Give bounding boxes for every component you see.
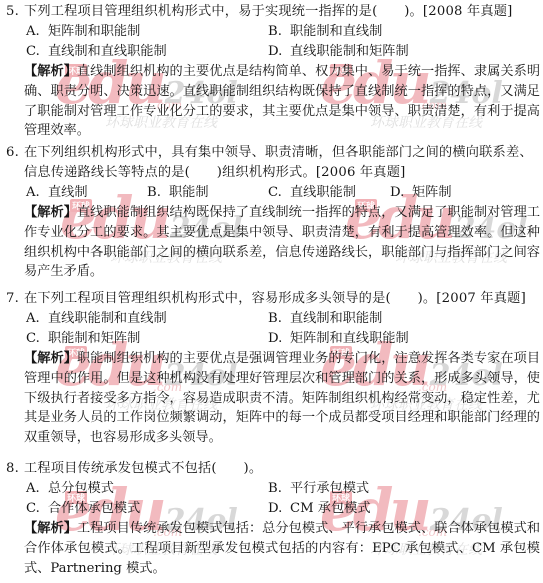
option-label: B.	[268, 22, 290, 42]
option-d: D.矩阵制和直线职能制	[268, 329, 409, 349]
question-number: 6.	[6, 143, 19, 163]
option-text: 直线制和直线职能制	[48, 44, 167, 59]
analysis-block: 【解析】工程项目传统承发包模式包括：总分包模式、平行承包模式、联合体承包模式和合…	[24, 519, 540, 578]
question-stem: 在下列工程项目管理组织机构形式中，容易形成多头领导的是( )。[2007 年真题…	[24, 289, 526, 309]
option-c: C.职能制和矩阵制	[26, 329, 140, 349]
option-text: 直线制和职能制	[290, 311, 382, 326]
option-b: B.职能制和直线制	[268, 22, 382, 42]
option-text: 职能制和直线制	[290, 24, 382, 39]
option-d: D.直线职能制和矩阵制	[268, 42, 409, 62]
option-text: 矩阵制和直线职能制	[290, 331, 409, 346]
analysis-text: 职能制组织机构的主要优点是强调管理业务的专门化，注意发挥各类专家在项目管理中的作…	[24, 351, 540, 445]
option-label: B.	[268, 479, 290, 499]
option-label: A.	[26, 22, 48, 42]
option-a: A.总分包模式	[26, 479, 114, 499]
analysis-tag: 【解析】	[24, 521, 77, 536]
option-text: CM 承包模式	[290, 501, 371, 516]
analysis-block: 【解析】直线职能制组织结构既保持了直线制统一指挥的特点，又满足了职能制对管理工作…	[24, 203, 540, 282]
option-text: 合作体承包模式	[48, 501, 140, 516]
option-d: D.矩阵制	[390, 183, 452, 203]
option-label: C.	[26, 329, 48, 349]
option-text: 矩阵制	[412, 185, 452, 200]
option-b: B.职能制	[147, 183, 209, 203]
option-label: A.	[26, 309, 48, 329]
analysis-text: 直线职能制组织结构既保持了直线制统一指挥的特点，又满足了职能制对管理工作专业化分…	[24, 205, 540, 279]
option-d: D.CM 承包模式	[268, 499, 371, 519]
option-c: C.合作体承包模式	[26, 499, 140, 519]
question-number: 8.	[6, 459, 19, 479]
option-label: B.	[147, 183, 169, 203]
option-c: C.直线职能制	[268, 183, 356, 203]
option-b: B.平行承包模式	[268, 479, 369, 499]
option-text: 平行承包模式	[290, 481, 369, 496]
option-label: D.	[390, 183, 412, 203]
option-text: 职能制	[169, 185, 209, 200]
analysis-tag: 【解析】	[24, 64, 77, 79]
analysis-tag: 【解析】	[24, 205, 77, 220]
option-b: B.直线制和职能制	[268, 309, 382, 329]
option-text: 直线职能制	[290, 185, 356, 200]
question-stem: 工程项目传统承发包模式不包括( )。	[24, 459, 262, 479]
option-label: D.	[268, 329, 290, 349]
option-text: 直线职能制和直线制	[48, 311, 167, 326]
option-label: D.	[268, 42, 290, 62]
question-number: 5.	[6, 2, 19, 22]
option-a: A.矩阵制和职能制	[26, 22, 140, 42]
option-label: D.	[268, 499, 290, 519]
option-c: C.直线制和直线职能制	[26, 42, 167, 62]
option-label: B.	[268, 309, 290, 329]
option-a: A.直线职能制和直线制	[26, 309, 167, 329]
option-text: 总分包模式	[48, 481, 114, 496]
analysis-text: 直线制组织机构的主要优点是结构简单、权力集中、易于统一指挥、隶属关系明确、职责分…	[24, 64, 540, 138]
analysis-block: 【解析】职能制组织机构的主要优点是强调管理业务的专门化，注意发挥各类专家在项目管…	[24, 349, 540, 448]
question-stem-line-2: 信息传递路线长等特点的是( )组织机构形式。[2006 年真题]	[24, 163, 405, 183]
option-label: A.	[26, 479, 48, 499]
option-text: 直线职能制和矩阵制	[290, 44, 409, 59]
question-stem: 下列工程项目管理组织机构形式中，易于实现统一指挥的是( )。[2008 年真题]	[24, 2, 513, 22]
analysis-block: 【解析】直线制组织机构的主要优点是结构简单、权力集中、易于统一指挥、隶属关系明确…	[24, 62, 540, 141]
option-label: C.	[26, 499, 48, 519]
analysis-text: 工程项目传统承发包模式包括：总分包模式、平行承包模式、联合体承包模式和合作体承包…	[24, 521, 540, 576]
option-label: A.	[26, 183, 48, 203]
analysis-tag: 【解析】	[24, 351, 77, 366]
option-label: C.	[26, 42, 48, 62]
question-stem-line-1: 在下列组织机构形式中，具有集中领导、职责清晰，但各职能部门之间的横向联系差、	[24, 143, 533, 163]
option-label: C.	[268, 183, 290, 203]
option-text: 直线制	[48, 185, 88, 200]
option-text: 职能制和矩阵制	[48, 331, 140, 346]
question-number: 7.	[6, 289, 19, 309]
option-text: 矩阵制和职能制	[48, 24, 140, 39]
option-a: A.直线制	[26, 183, 88, 203]
